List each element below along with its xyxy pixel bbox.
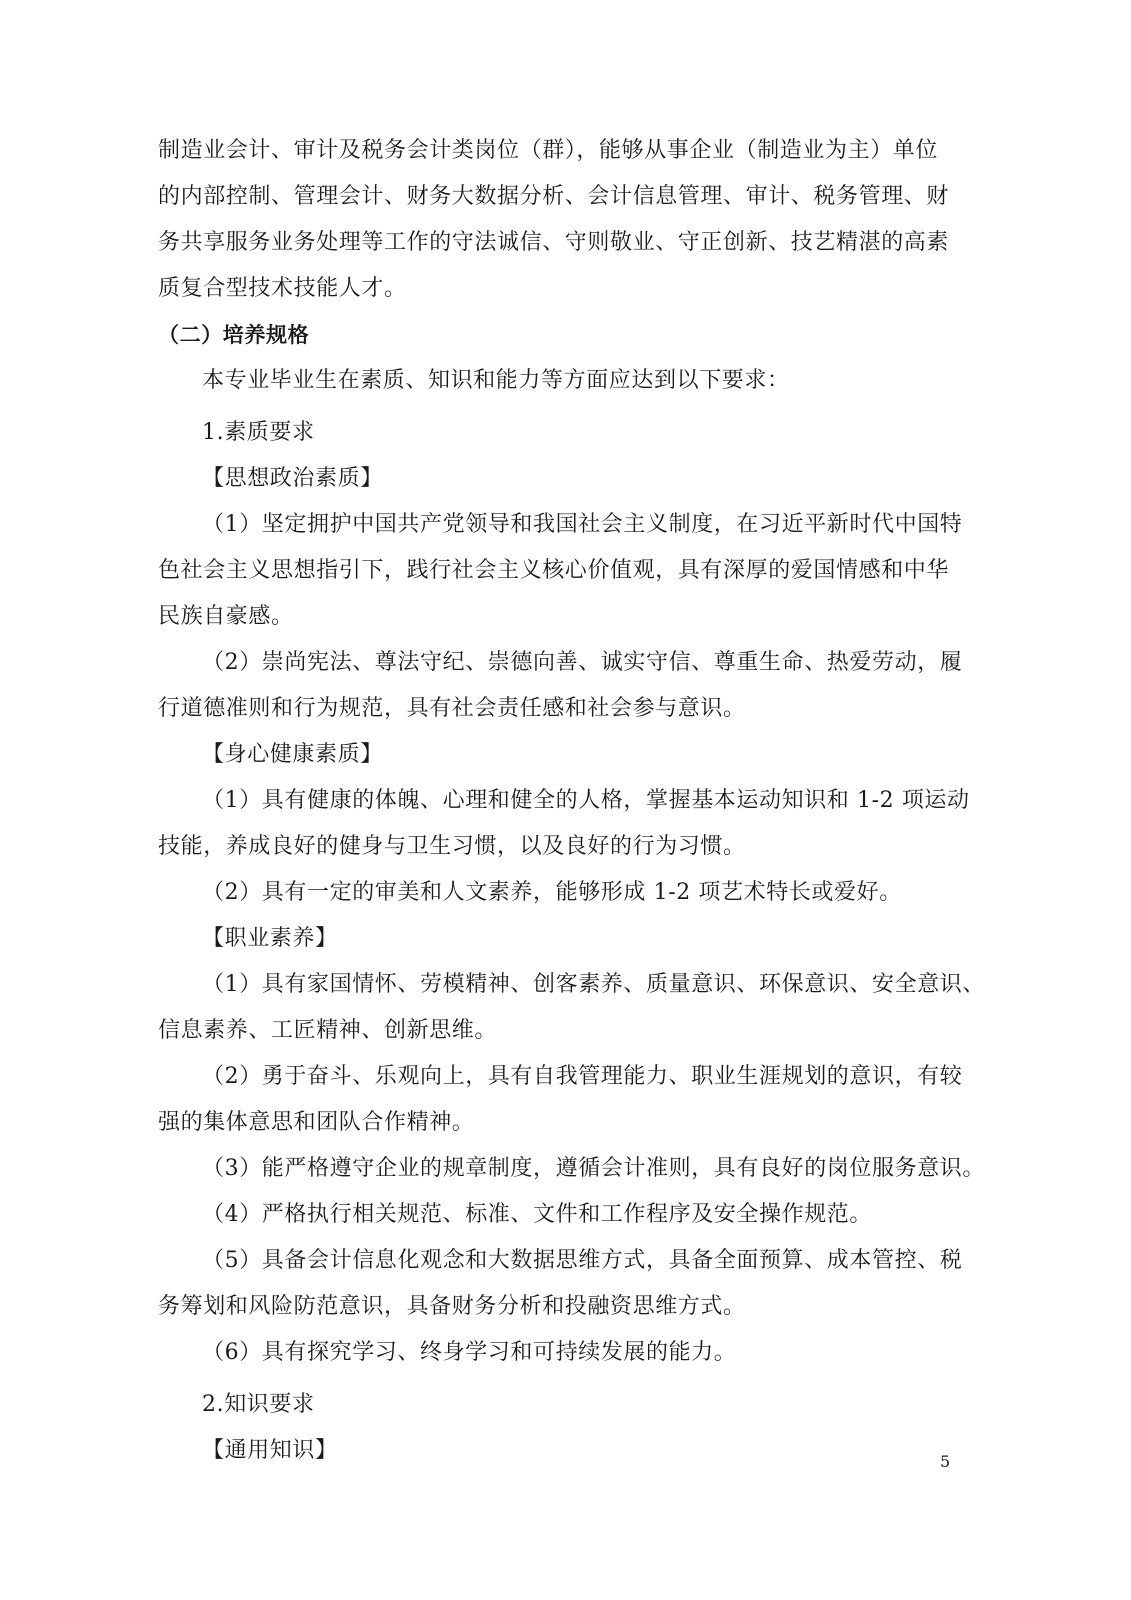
- text-line: （1）坚定拥护中国共产党领导和我国社会主义制度，在习近平新时代中国特: [158, 502, 958, 548]
- text-line: 务共享服务业务处理等工作的守法诚信、守则敬业、守正创新、技艺精湛的高素: [158, 220, 958, 266]
- list-item: （1）坚定拥护中国共产党领导和我国社会主义制度，在习近平新时代中国特 色社会主义…: [158, 502, 958, 640]
- text-line: 行道德准则和行为规范，具有社会责任感和社会参与意识。: [158, 686, 958, 732]
- text-line: （6）具有探究学习、终身学习和可持续发展的能力。: [158, 1330, 958, 1376]
- text-line: 的内部控制、管理会计、财务大数据分析、会计信息管理、审计、税务管理、财: [158, 174, 958, 220]
- subsection-title-quality: 1.素质要求: [158, 410, 958, 456]
- section-intro: 本专业毕业生在素质、知识和能力等方面应达到以下要求：: [158, 358, 958, 404]
- page-content: 制造业会计、审计及税务会计类岗位（群），能够从事企业（制造业为主）单位 的内部控…: [158, 128, 958, 1474]
- list-item: （2）崇尚宪法、尊法守纪、崇德向善、诚实守信、尊重生命、热爱劳动，履 行道德准则…: [158, 640, 958, 732]
- list-item: （1）具有家国情怀、劳模精神、创客素养、质量意识、环保意识、安全意识、 信息素养…: [158, 962, 958, 1054]
- text-line: （5）具备会计信息化观念和大数据思维方式，具备全面预算、成本管控、税: [158, 1238, 958, 1284]
- section-heading: （二）培养规格: [158, 312, 958, 358]
- text-line: （1）具有家国情怀、劳模精神、创客素养、质量意识、环保意识、安全意识、: [158, 962, 958, 1008]
- text-line: （3）能严格遵守企业的规章制度，遵循会计准则，具有良好的岗位服务意识。: [158, 1146, 958, 1192]
- text-line: （2）崇尚宪法、尊法守纪、崇德向善、诚实守信、尊重生命、热爱劳动，履: [158, 640, 958, 686]
- text-line: 色社会主义思想指引下，践行社会主义核心价值观，具有深厚的爱国情感和中华: [158, 548, 958, 594]
- text-line: （2）具有一定的审美和人文素养，能够形成 1-2 项艺术特长或爱好。: [158, 870, 958, 916]
- category-heading-ideological: 【思想政治素质】: [158, 456, 958, 502]
- document-page: 制造业会计、审计及税务会计类岗位（群），能够从事企业（制造业为主）单位 的内部控…: [0, 0, 1131, 1600]
- list-item: （4）严格执行相关规范、标准、文件和工作程序及安全操作规范。: [158, 1192, 958, 1238]
- text-line: 质复合型技术技能人才。: [158, 266, 958, 312]
- text-line: 技能，养成良好的健身与卫生习惯，以及良好的行为习惯。: [158, 824, 958, 870]
- list-item: （1）具有健康的体魄、心理和健全的人格，掌握基本运动知识和 1-2 项运动 技能…: [158, 778, 958, 870]
- list-item: （2）勇于奋斗、乐观向上，具有自我管理能力、职业生涯规划的意识，有较 强的集体意…: [158, 1054, 958, 1146]
- intro-paragraph: 制造业会计、审计及税务会计类岗位（群），能够从事企业（制造业为主）单位 的内部控…: [158, 128, 958, 312]
- list-item: （6）具有探究学习、终身学习和可持续发展的能力。: [158, 1330, 958, 1376]
- category-heading-health: 【身心健康素质】: [158, 732, 958, 778]
- category-heading-general-knowledge: 【通用知识】: [158, 1428, 958, 1474]
- text-line: 民族自豪感。: [158, 594, 958, 640]
- text-line: （1）具有健康的体魄、心理和健全的人格，掌握基本运动知识和 1-2 项运动: [158, 778, 958, 824]
- text-line: 制造业会计、审计及税务会计类岗位（群），能够从事企业（制造业为主）单位: [158, 128, 958, 174]
- text-line: （4）严格执行相关规范、标准、文件和工作程序及安全操作规范。: [158, 1192, 958, 1238]
- subsection-title-knowledge: 2.知识要求: [158, 1382, 958, 1428]
- text-line: 强的集体意思和团队合作精神。: [158, 1100, 958, 1146]
- text-line: 务筹划和风险防范意识，具备财务分析和投融资思维方式。: [158, 1284, 958, 1330]
- page-number: 5: [940, 1452, 950, 1471]
- list-item: （2）具有一定的审美和人文素养，能够形成 1-2 项艺术特长或爱好。: [158, 870, 958, 916]
- list-item: （3）能严格遵守企业的规章制度，遵循会计准则，具有良好的岗位服务意识。: [158, 1146, 958, 1192]
- category-heading-professional: 【职业素养】: [158, 916, 958, 962]
- text-line: 信息素养、工匠精神、创新思维。: [158, 1008, 958, 1054]
- text-line: （2）勇于奋斗、乐观向上，具有自我管理能力、职业生涯规划的意识，有较: [158, 1054, 958, 1100]
- list-item: （5）具备会计信息化观念和大数据思维方式，具备全面预算、成本管控、税 务筹划和风…: [158, 1238, 958, 1330]
